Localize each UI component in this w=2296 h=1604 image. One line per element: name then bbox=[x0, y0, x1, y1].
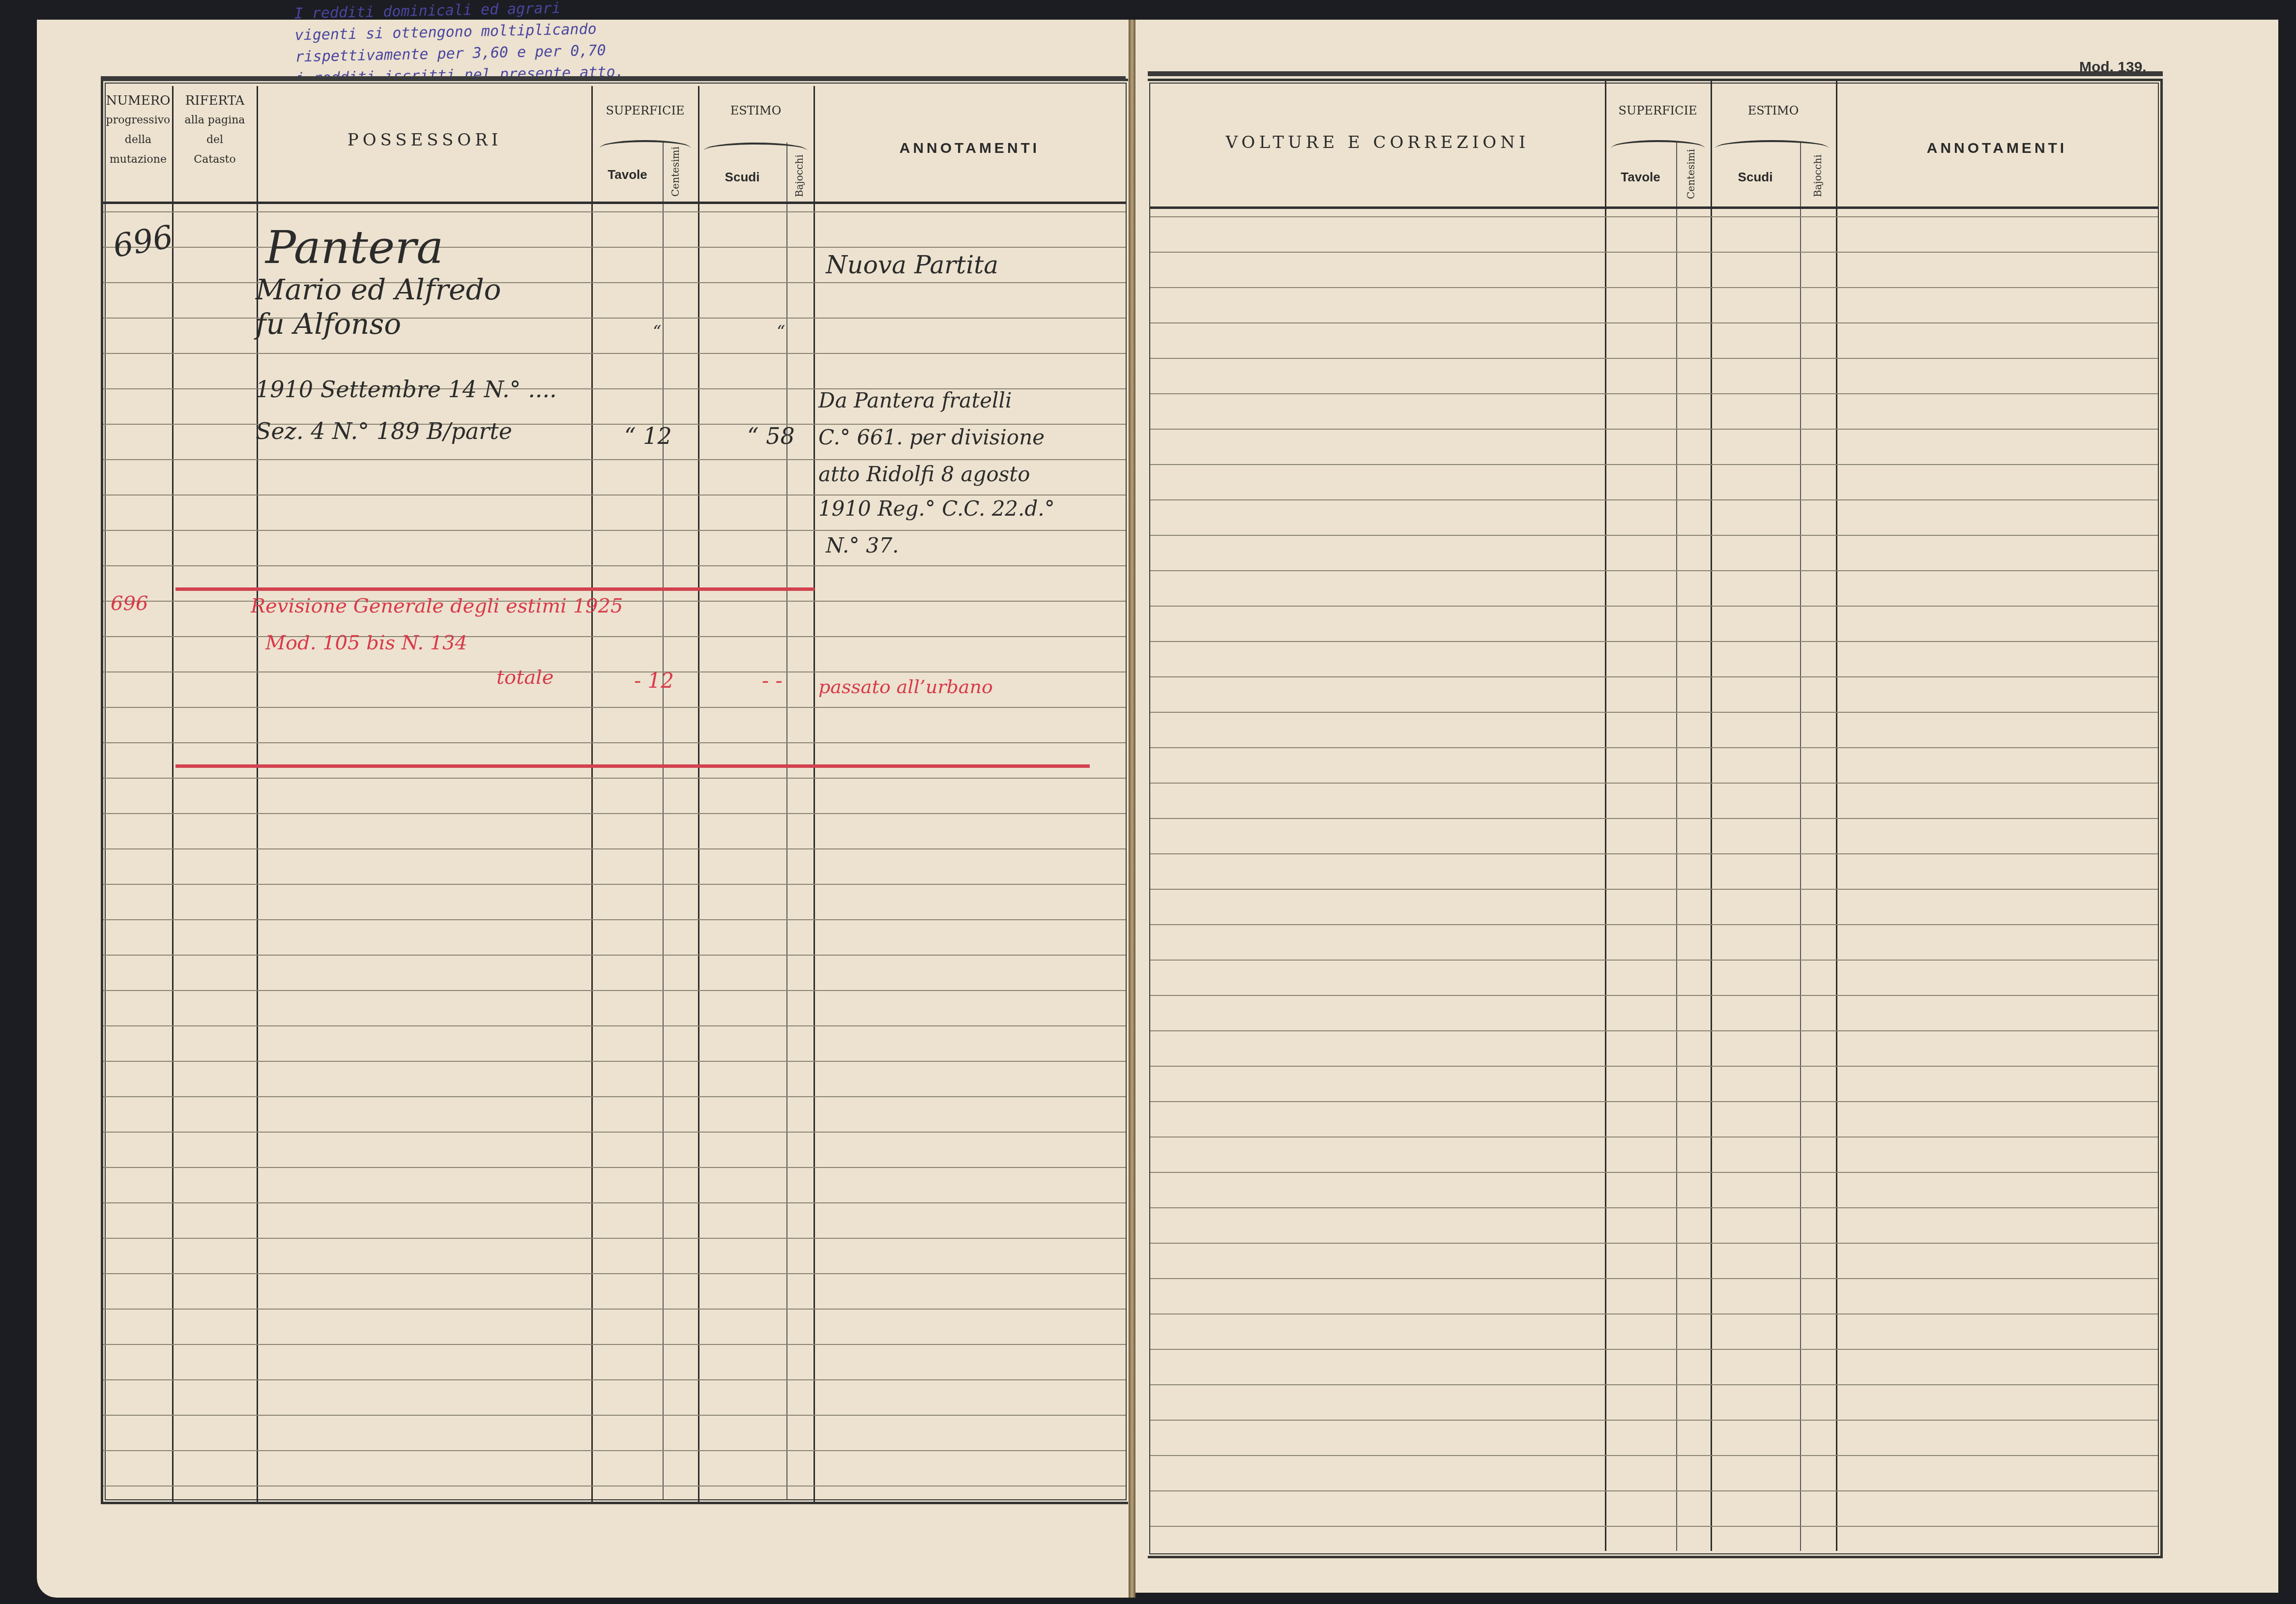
ruled-line bbox=[1150, 676, 2158, 677]
col-divider bbox=[1711, 81, 1712, 1551]
entry-2-possessori-line2: Sez. 4 N.° 189 B/parte bbox=[256, 418, 512, 444]
header-superficie: SUPERFICIE bbox=[1605, 101, 1711, 120]
col-divider bbox=[663, 143, 664, 1499]
header-possessori: POSSESSORI bbox=[258, 130, 591, 150]
ruled-line bbox=[1150, 641, 2158, 642]
ruled-line bbox=[103, 1025, 1126, 1026]
entry-1-scudi-mark: “ bbox=[777, 322, 785, 342]
ruled-line bbox=[103, 1309, 1126, 1310]
entry-1-owner-surname: Pantera bbox=[265, 221, 443, 274]
header-estimo: ESTIMO bbox=[698, 101, 814, 120]
entry-2-bajocchi: “ 58 bbox=[747, 423, 795, 449]
ruled-line bbox=[103, 778, 1126, 779]
header-tavole: Tavole bbox=[1605, 170, 1676, 185]
header-centesimi: Centesimi bbox=[1685, 150, 1697, 199]
ruled-line bbox=[103, 530, 1126, 531]
red-separator-top bbox=[175, 587, 814, 591]
col-divider bbox=[1836, 81, 1837, 1551]
ruled-line bbox=[1150, 1172, 2158, 1173]
header-text: progressivo bbox=[104, 111, 172, 130]
col-divider bbox=[1605, 81, 1606, 1551]
ruled-line bbox=[103, 1061, 1126, 1062]
ruled-line bbox=[1150, 1313, 2158, 1314]
header-text: Catasto bbox=[173, 150, 257, 170]
entry-2-annotation-line: 1910 Reg.° C.C. 22.d.° bbox=[818, 496, 1055, 521]
ruled-line bbox=[103, 1379, 1126, 1380]
ruled-line bbox=[1150, 216, 2158, 217]
header-scudi: Scudi bbox=[1711, 170, 1800, 185]
ruled-line bbox=[1150, 1207, 2158, 1208]
header-text: alla pagina bbox=[173, 111, 257, 130]
ruled-line bbox=[103, 211, 1126, 212]
ruled-line bbox=[103, 459, 1126, 460]
entry-2-centesimi: “ 12 bbox=[624, 423, 672, 449]
ruled-line bbox=[1150, 1101, 2158, 1102]
entry-1-tavole-mark: “ bbox=[653, 322, 661, 342]
ruled-line bbox=[1150, 287, 2158, 288]
ruled-line bbox=[103, 1167, 1126, 1168]
ruled-line bbox=[1150, 783, 2158, 784]
ruled-line bbox=[1150, 924, 2158, 925]
book-spine bbox=[1129, 20, 1135, 1598]
header-tavole: Tavole bbox=[592, 167, 663, 182]
header-bajocchi: Bajocchi bbox=[793, 152, 805, 199]
ruled-line bbox=[103, 742, 1126, 743]
entry-2-annotation-line: C.° 661. per divisione bbox=[818, 425, 1045, 449]
entry-2-annotation-line: atto Ridolfi 8 agosto bbox=[818, 462, 1030, 486]
entry-2-possessori-line1: 1910 Settembre 14 N.° .... bbox=[256, 376, 557, 403]
entry-1-owner-father: fu Alfonso bbox=[256, 307, 401, 341]
header-riferta: RIFERTA alla pagina del Catasto bbox=[173, 91, 257, 170]
ruled-line bbox=[103, 495, 1126, 496]
header-centesimi: Centesimi bbox=[669, 150, 681, 197]
ruled-line bbox=[1150, 1455, 2158, 1456]
ruled-line bbox=[1150, 1490, 2158, 1491]
entry-3-bajocchi: - - bbox=[762, 669, 783, 693]
header-text: RIFERTA bbox=[173, 91, 257, 111]
col-divider bbox=[814, 86, 815, 1502]
header-volture: VOLTURE E CORREZIONI bbox=[1150, 133, 1605, 152]
header-text: mutazione bbox=[104, 150, 172, 170]
entry-1-annotation: Nuova Partita bbox=[826, 251, 998, 279]
ruled-line bbox=[1150, 1278, 2158, 1279]
ruled-line bbox=[103, 671, 1126, 672]
ruled-line bbox=[1150, 252, 2158, 253]
top-rule bbox=[1148, 71, 2163, 76]
ruled-line bbox=[1150, 1420, 2158, 1421]
ruled-line bbox=[103, 247, 1126, 248]
ruled-line bbox=[1150, 960, 2158, 961]
header-bajocchi: Bajocchi bbox=[1812, 152, 1824, 199]
entry-2-annotation-line: Da Pantera fratelli bbox=[818, 388, 1012, 412]
ruled-line bbox=[1150, 464, 2158, 465]
ruled-line bbox=[1150, 853, 2158, 854]
header-superficie: SUPERFICIE bbox=[592, 101, 698, 120]
ruled-line bbox=[1150, 1526, 2158, 1527]
red-separator-bottom bbox=[175, 764, 1090, 768]
entry-3-numero: 696 bbox=[111, 592, 148, 615]
header-annotamenti: ANNOTAMENTI bbox=[814, 140, 1126, 157]
ruled-line bbox=[103, 1415, 1126, 1416]
ruled-line bbox=[1150, 499, 2158, 500]
header-annotamenti: ANNOTAMENTI bbox=[1836, 140, 2158, 157]
ruled-line bbox=[1150, 358, 2158, 359]
col-divider bbox=[786, 143, 787, 1499]
ruled-line bbox=[1150, 1066, 2158, 1067]
ruled-line bbox=[1150, 1384, 2158, 1385]
col-divider bbox=[1676, 143, 1677, 1551]
ruled-line bbox=[1150, 712, 2158, 713]
header-scudi: Scudi bbox=[698, 170, 786, 185]
entry-3-totale: totale bbox=[496, 666, 554, 689]
ruled-line bbox=[1150, 995, 2158, 996]
ruled-line bbox=[1150, 1243, 2158, 1244]
ruled-line bbox=[103, 848, 1126, 849]
ruled-line bbox=[1150, 393, 2158, 394]
ruled-line bbox=[1150, 322, 2158, 323]
ruled-line bbox=[103, 1486, 1126, 1487]
ruled-line bbox=[1150, 818, 2158, 819]
ruled-line bbox=[1150, 1137, 2158, 1137]
ruled-line bbox=[103, 353, 1126, 354]
ruled-line bbox=[103, 1238, 1126, 1239]
entry-3-centesimi: - 12 bbox=[634, 669, 674, 693]
ruled-line bbox=[103, 1273, 1126, 1274]
ruled-line bbox=[103, 955, 1126, 956]
ruled-line bbox=[1150, 429, 2158, 430]
ruled-line bbox=[103, 1344, 1126, 1345]
header-text: della bbox=[104, 130, 172, 150]
ruled-line bbox=[103, 707, 1126, 708]
col-divider bbox=[172, 86, 174, 1502]
ruled-line bbox=[103, 636, 1126, 637]
ruled-line bbox=[1150, 1349, 2158, 1350]
entry-3-possessori-line1: Revisione Generale degli estimi 1925 bbox=[251, 595, 623, 617]
ruled-line bbox=[103, 1132, 1126, 1133]
entry-1-owner-names: Mario ed Alfredo bbox=[256, 273, 501, 306]
entry-3-possessori-line2: Mod. 105 bis N. 134 bbox=[265, 632, 467, 654]
ruled-line bbox=[103, 884, 1126, 885]
ruled-line bbox=[103, 813, 1126, 814]
top-rule bbox=[101, 76, 1126, 81]
header-rule bbox=[1150, 206, 2158, 209]
ruled-line bbox=[103, 1096, 1126, 1097]
left-table-frame bbox=[101, 79, 1128, 1504]
ruled-line bbox=[103, 565, 1126, 566]
ruled-line bbox=[1150, 535, 2158, 536]
entry-2-annotation-line: N.° 37. bbox=[826, 533, 899, 557]
ruled-line bbox=[103, 919, 1126, 920]
ruled-line bbox=[1150, 570, 2158, 571]
ruled-line bbox=[103, 1202, 1126, 1203]
ruled-line bbox=[1150, 889, 2158, 890]
header-text: NUMERO bbox=[104, 91, 172, 111]
header-estimo: ESTIMO bbox=[1711, 101, 1836, 120]
col-divider bbox=[591, 86, 593, 1502]
ruled-line bbox=[103, 1450, 1126, 1451]
header-text: del bbox=[173, 130, 257, 150]
ruled-line bbox=[1150, 1030, 2158, 1031]
ruled-line bbox=[103, 990, 1126, 991]
ruled-line bbox=[1150, 747, 2158, 748]
header-numero: NUMERO progressivo della mutazione bbox=[104, 91, 172, 170]
col-divider bbox=[698, 86, 699, 1502]
ruled-line bbox=[1150, 606, 2158, 607]
entry-3-annotation: passato all’urbano bbox=[818, 676, 993, 698]
header-rule bbox=[103, 202, 1126, 204]
col-divider bbox=[1800, 143, 1801, 1551]
